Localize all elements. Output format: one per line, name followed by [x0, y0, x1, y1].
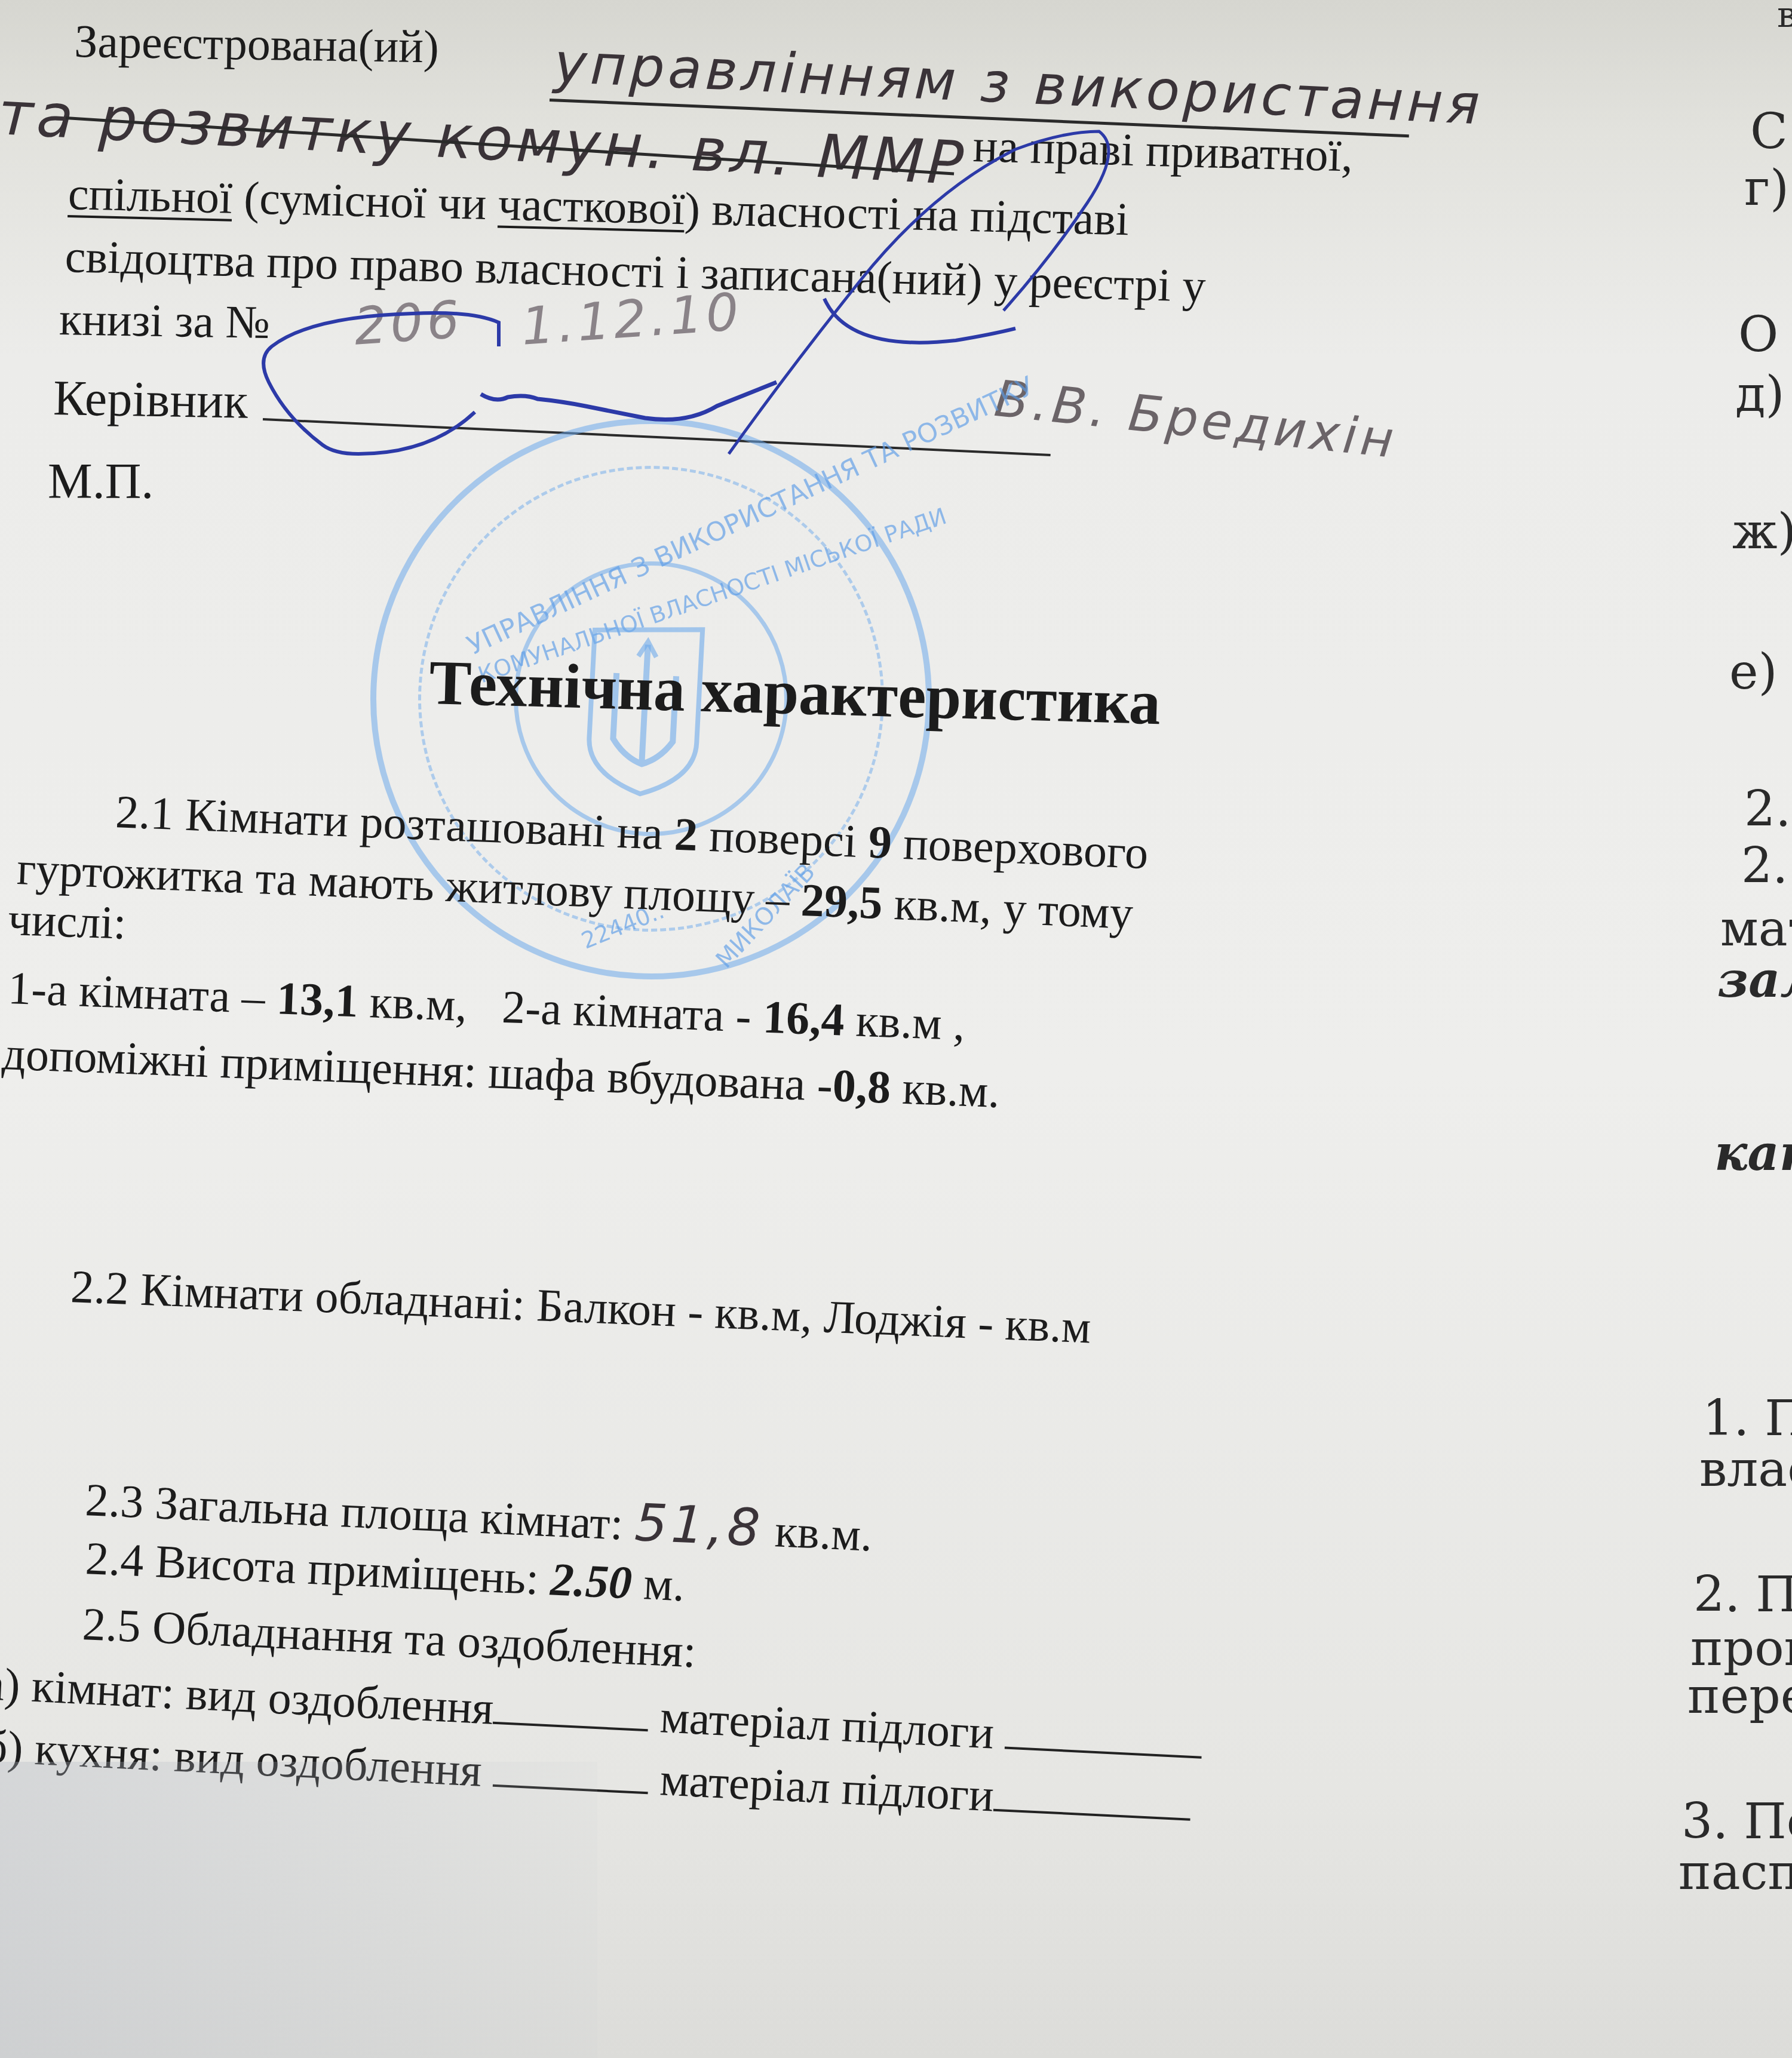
ownership-type-row: спільної (сумісної чи часткової) власнос… — [67, 170, 1130, 242]
handwritten-total-area: 51,8 — [634, 1493, 765, 1559]
shared-ownership: часткової — [498, 178, 686, 235]
floor-number: 2 — [673, 808, 698, 861]
paper-shadow — [0, 1762, 597, 2058]
s22-row: 2.2 Кімнати обладнані: Балкон - кв.м, Ло… — [70, 1263, 1092, 1351]
registered-row: Зареєстрована(ий) — [74, 18, 440, 70]
handwritten-head-name: В.В. Бредихін — [992, 373, 1400, 465]
seal-label: М.П. — [48, 457, 154, 507]
head-row: Керівник — [53, 373, 248, 427]
living-area: 29,5 — [800, 874, 883, 929]
book-number-row: книзі за № — [59, 296, 271, 346]
handwritten-registration-date: 1.12.10 — [520, 286, 744, 353]
adjacent-page-fragment: в С г) О д) ж) е) 2. 2. мат зал кан 1. П… — [1661, 0, 1792, 2058]
floor-material-blank-a — [1005, 1746, 1202, 1759]
room2-area: 16,4 — [762, 991, 846, 1046]
finish-type-blank-a — [493, 1721, 648, 1732]
handwritten-book-number: 206 — [352, 294, 465, 352]
certificate-page: Зареєстрована(ий) управлінням з використ… — [0, 0, 1625, 2058]
private-right-text: на праві приватної, — [972, 122, 1354, 179]
floor-material-blank-b — [993, 1808, 1190, 1821]
registered-label: Зареєстрована(ий) — [74, 15, 440, 73]
aux-area: 0,8 — [831, 1059, 892, 1113]
s25-row: 2.5 Обладнання та оздоблення: — [81, 1601, 697, 1675]
common-ownership: спільної — [67, 167, 233, 223]
room1-area: 13,1 — [276, 972, 360, 1027]
total-floors: 9 — [867, 816, 892, 868]
ceiling-height: 2.50 — [550, 1553, 633, 1608]
s21-line3: числі: — [7, 896, 127, 947]
